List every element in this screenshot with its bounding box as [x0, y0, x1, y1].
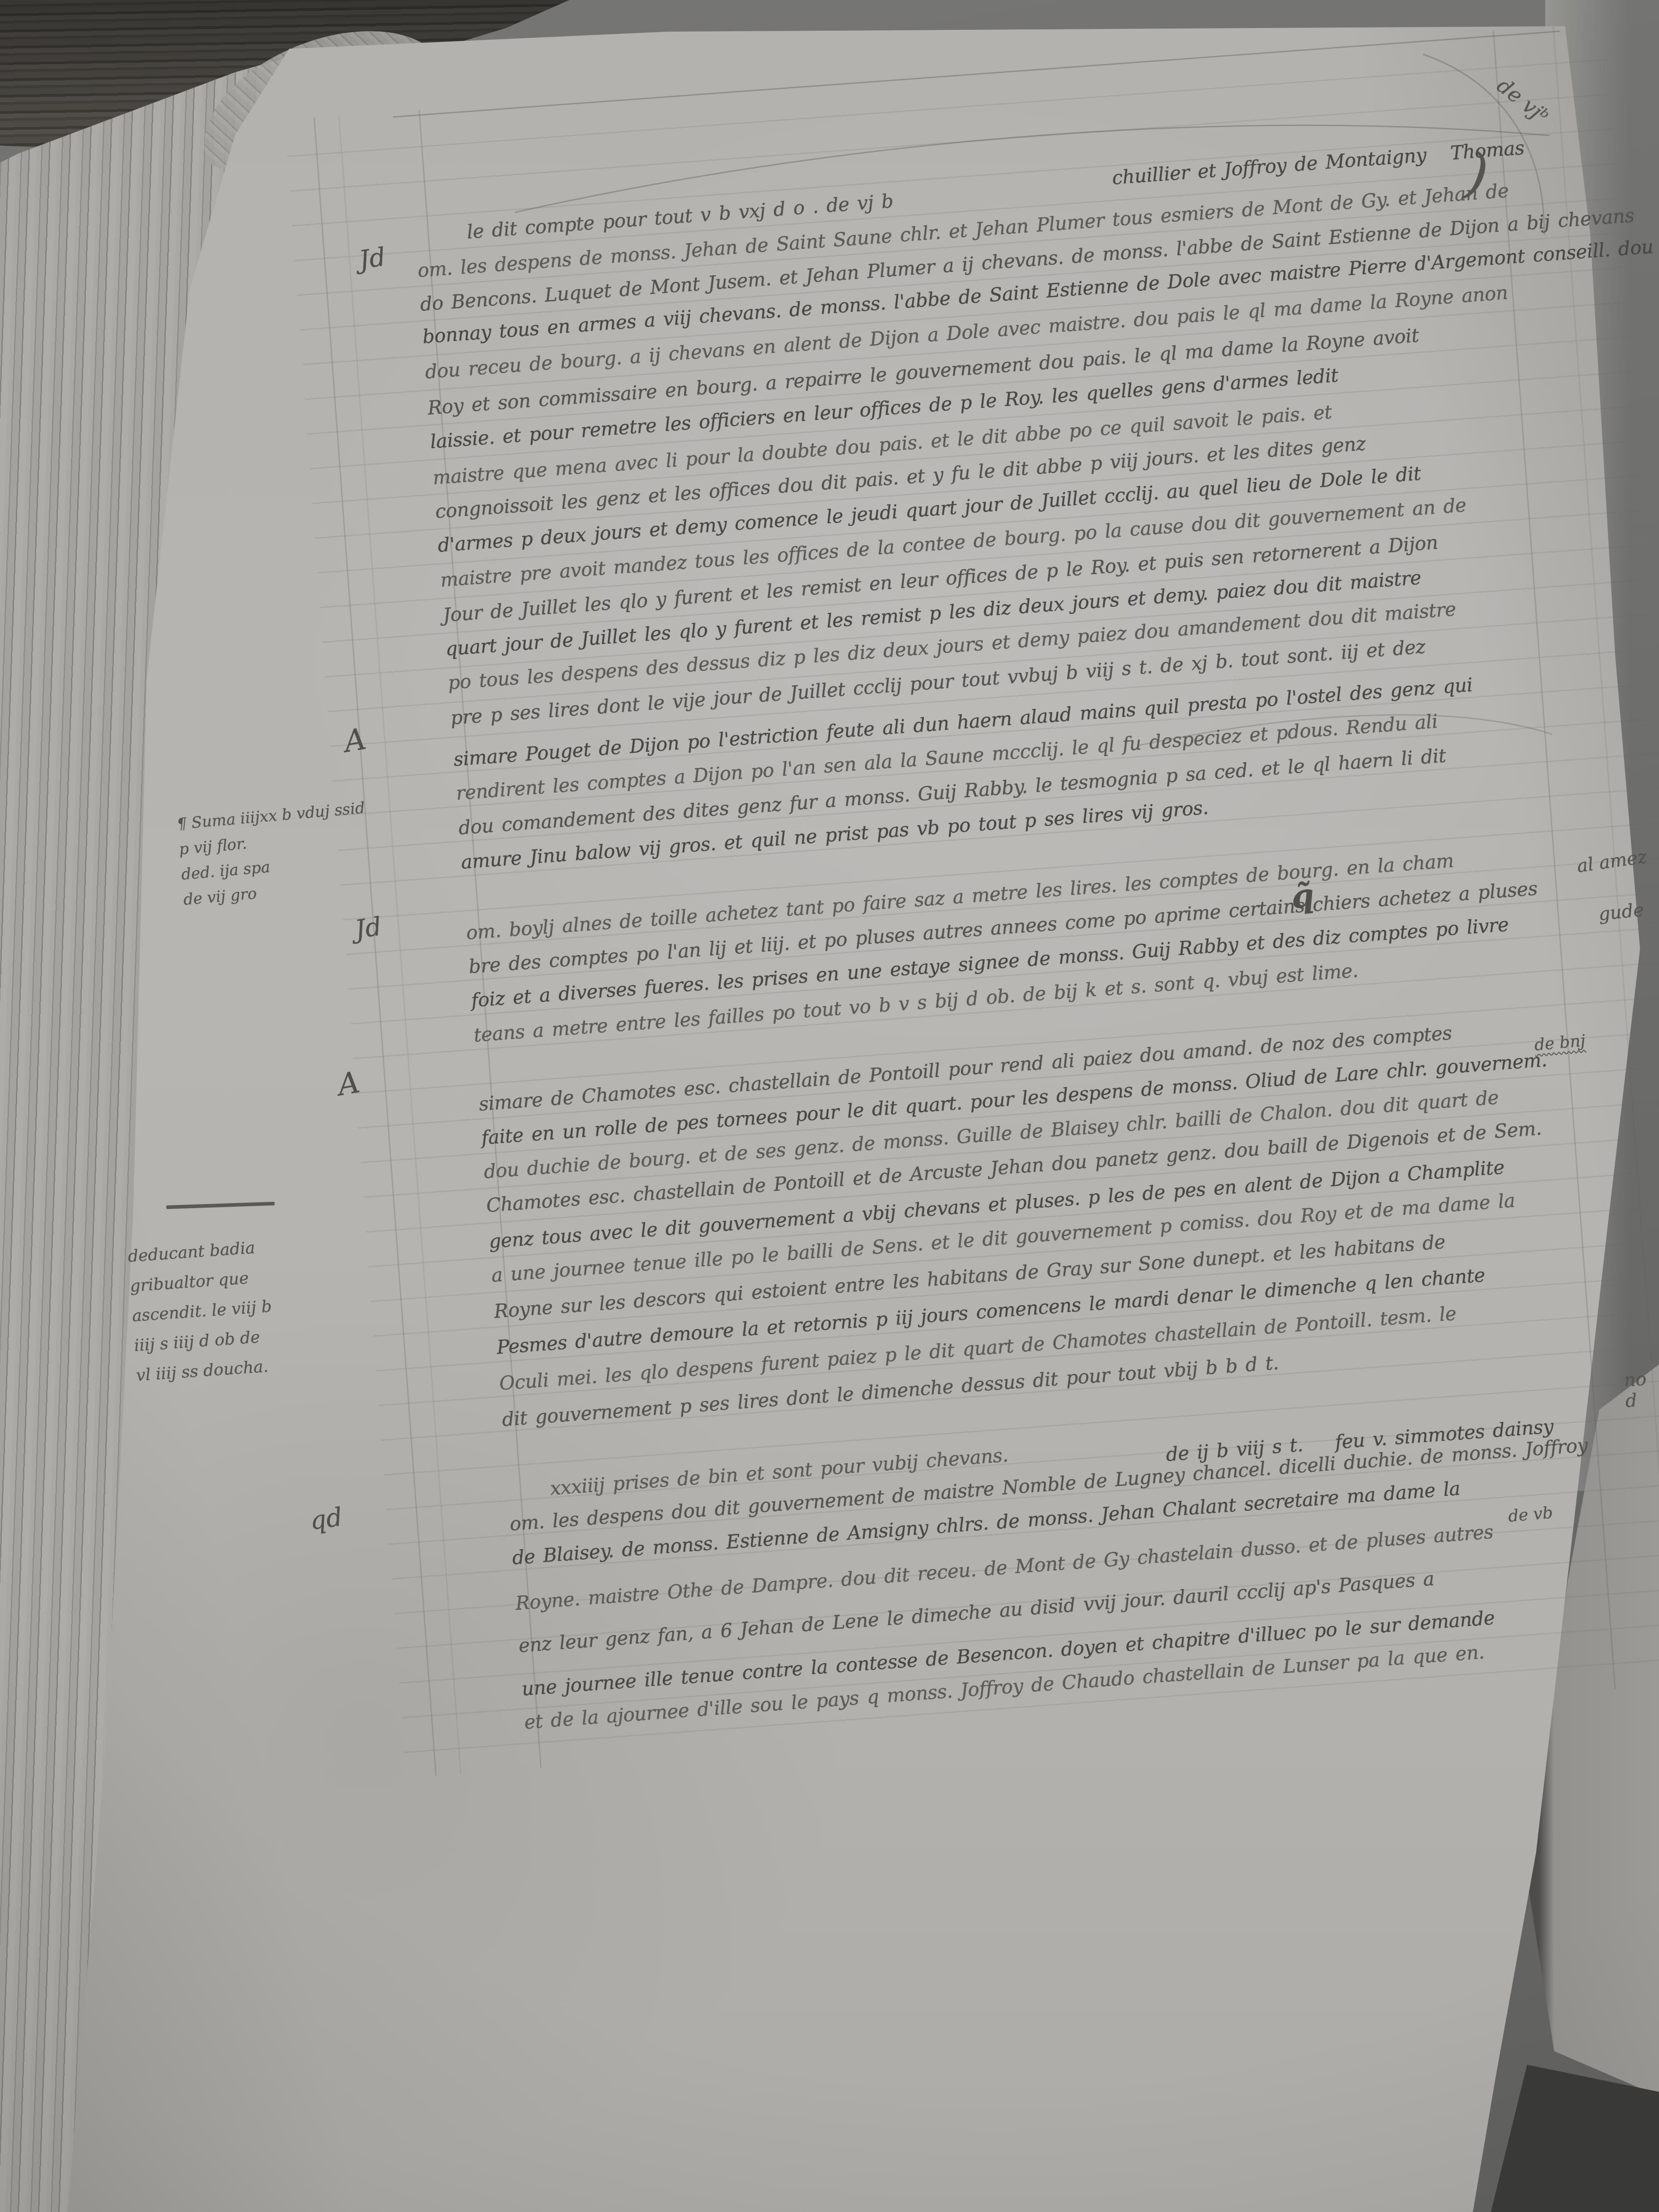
text-block: le dit compte pour tout v b vxj d o . de…: [409, 65, 1659, 1782]
left-margin-note: deducant badiagribualtor queascendit. le…: [127, 1233, 277, 1391]
right-margin-note: de vb: [1507, 1504, 1553, 1526]
paragraph-mark: Jd: [357, 242, 388, 275]
manuscript-photo: le dit compte pour tout v b vxj d o . de…: [0, 0, 1659, 2212]
left-margin-note: ¶ Suma iiijxx b vduj ssidp vij flor.ded.…: [176, 795, 373, 913]
paragraph-mark: qd: [308, 1502, 344, 1536]
paragraph-mark: Jd: [353, 912, 384, 944]
right-margin-note: no d: [1623, 1368, 1659, 1411]
paragraph-mark: q̃: [1289, 876, 1316, 916]
